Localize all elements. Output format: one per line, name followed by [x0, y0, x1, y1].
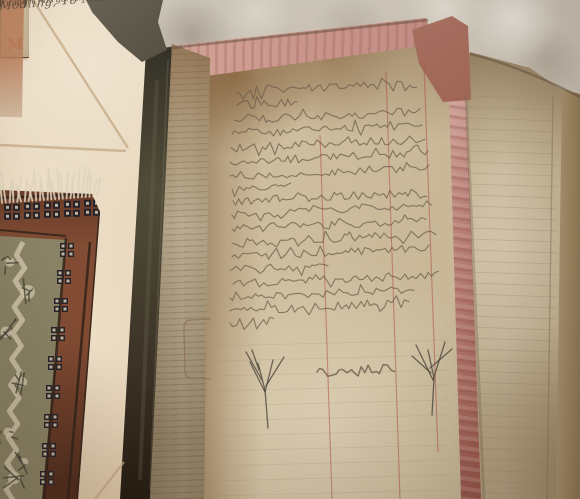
photo-old-ledger-scene: M Fündert Margareth 291 Mödling, 18 Mai … — [0, 0, 580, 499]
